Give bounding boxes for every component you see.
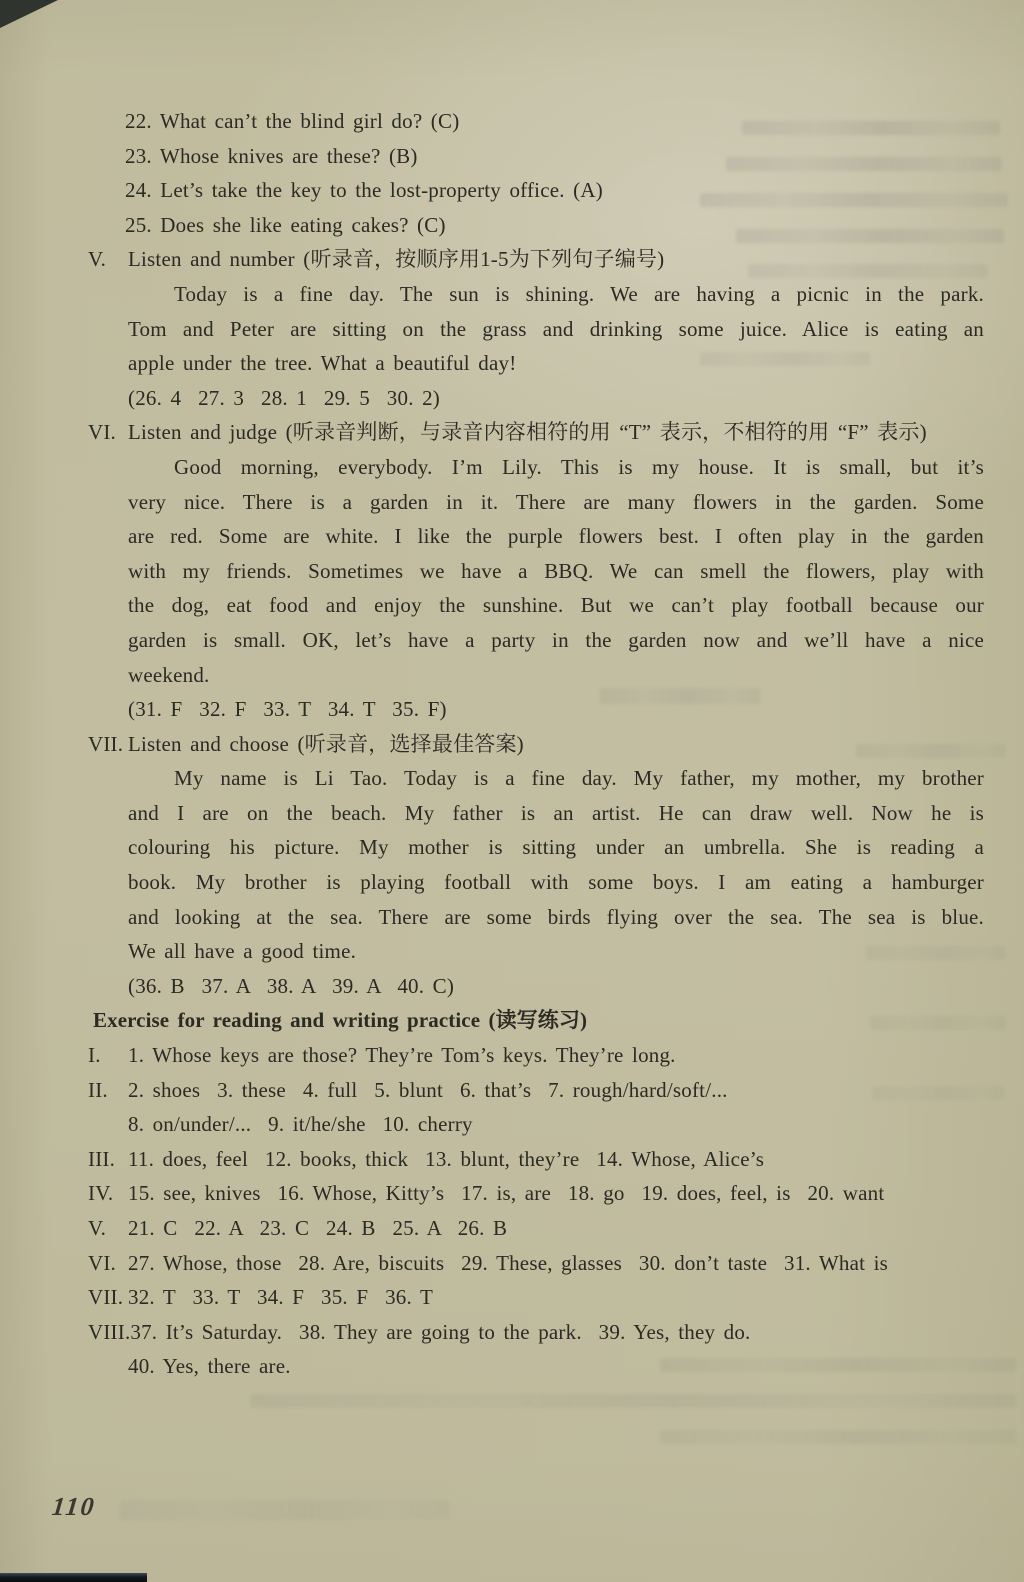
reading-writing-heading: Exercise for reading and writing practic…: [93, 1003, 988, 1038]
section-title: Listen and judge (听录音判断，与录音内容相符的用 “T” 表示…: [128, 420, 927, 444]
rw-answer-row: VI.27. Whose, those 28. Are, biscuits 29…: [88, 1246, 988, 1281]
passage-line: garden is small. OK, let’s have a party …: [128, 623, 984, 658]
answer-line-23: 23. Whose knives are these? (B): [125, 139, 988, 174]
rw-answer-row: III.11. does, feel 12. books, thick 13. …: [88, 1142, 988, 1177]
row-label: VI.: [88, 1246, 128, 1281]
passage-line: book. My brother is playing football wit…: [128, 865, 984, 900]
section-title: Listen and choose (听录音，选择最佳答案): [128, 732, 524, 756]
section-heading-v: V.Listen and number (听录音，按顺序用1-5为下列句子编号): [88, 242, 988, 277]
rw-answer-row: IV.15. see, knives 16. Whose, Kitty’s 17…: [88, 1176, 988, 1211]
answers-line-vi: (31. F 32. F 33. T 34. T 35. F): [128, 692, 984, 727]
passage-line: Tom and Peter are sitting on the grass a…: [128, 312, 984, 347]
page-content: 22. What can’t the blind girl do? (C) 23…: [88, 104, 988, 1384]
rw-answer-row: VIII.37. It’s Saturday. 38. They are goi…: [88, 1315, 988, 1350]
passage-line: are red. Some are white. I like the purp…: [128, 519, 984, 554]
listening-passage-vi: Good morning, everybody. I’m Lily. This …: [128, 450, 984, 727]
bleed-through-mark: [660, 1430, 1016, 1444]
scanned-workbook-page: { "page": { "number": "110" }, "colors":…: [0, 0, 1024, 1582]
bleed-through-mark: [120, 1500, 450, 1520]
answers-line-v: (26. 4 27. 3 28. 1 29. 5 30. 2): [128, 381, 984, 416]
row-label: V.: [88, 1211, 128, 1246]
section-heading-vii: VII.Listen and choose (听录音，选择最佳答案): [88, 727, 988, 762]
rw-answer-row: V.21. C 22. A 23. C 24. B 25. A 26. B: [88, 1211, 988, 1246]
passage-line: We all have a good time.: [128, 934, 984, 969]
row-label: VII.: [88, 1280, 128, 1315]
passage-line: the dog, eat food and enjoy the sunshine…: [128, 588, 984, 623]
rw-answer-continuation: 40. Yes, there are.: [128, 1349, 988, 1384]
passage-line: very nice. There is a garden in it. Ther…: [128, 485, 984, 520]
section-label: V.: [88, 242, 128, 277]
page-number: 110: [50, 1492, 97, 1522]
answer-line-22: 22. What can’t the blind girl do? (C): [125, 104, 988, 139]
listening-passage-vii: My name is Li Tao. Today is a fine day. …: [128, 761, 984, 1003]
row-label: VIII.: [88, 1315, 130, 1350]
passage-line: apple under the tree. What a beautiful d…: [128, 346, 984, 381]
passage-line: colouring his picture. My mother is sitt…: [128, 830, 984, 865]
row-label: IV.: [88, 1176, 128, 1211]
row-answers: 27. Whose, those 28. Are, biscuits 29. T…: [128, 1246, 988, 1281]
scan-edge-shadow-bottom-left: [0, 1573, 147, 1582]
answer-line-25: 25. Does she like eating cakes? (C): [125, 208, 988, 243]
row-answers: 15. see, knives 16. Whose, Kitty’s 17. i…: [128, 1176, 988, 1211]
row-answers: 2. shoes 3. these 4. full 5. blunt 6. th…: [128, 1073, 988, 1108]
answer-line-24: 24. Let’s take the key to the lost-prope…: [125, 173, 988, 208]
rw-answer-row: II.2. shoes 3. these 4. full 5. blunt 6.…: [88, 1073, 988, 1108]
row-answers: 21. C 22. A 23. C 24. B 25. A 26. B: [128, 1211, 988, 1246]
listening-passage-v: Today is a fine day. The sun is shining.…: [128, 277, 984, 415]
passage-line: and I are on the beach. My father is an …: [128, 796, 984, 831]
section-label: VII.: [88, 727, 128, 762]
row-answers: 1. Whose keys are those? They’re Tom’s k…: [128, 1038, 988, 1073]
passage-line: and looking at the sea. There are some b…: [128, 900, 984, 935]
section-title: Listen and number (听录音，按顺序用1-5为下列句子编号): [128, 247, 664, 271]
row-answers: 37. It’s Saturday. 38. They are going to…: [130, 1315, 988, 1350]
scan-corner-shadow-top-left: [0, 0, 58, 28]
section-label: VI.: [88, 415, 128, 450]
row-label: III.: [88, 1142, 128, 1177]
row-answers: 32. T 33. T 34. F 35. F 36. T: [128, 1280, 988, 1315]
passage-line: My name is Li Tao. Today is a fine day. …: [128, 761, 984, 796]
row-label: II.: [88, 1073, 128, 1108]
passage-line: Good morning, everybody. I’m Lily. This …: [128, 450, 984, 485]
passage-line: weekend.: [128, 658, 984, 693]
passage-line: Today is a fine day. The sun is shining.…: [128, 277, 984, 312]
row-label: I.: [88, 1038, 128, 1073]
rw-answer-row: VII.32. T 33. T 34. F 35. F 36. T: [88, 1280, 988, 1315]
passage-line: with my friends. Sometimes we have a BBQ…: [128, 554, 984, 589]
section-heading-vi: VI.Listen and judge (听录音判断，与录音内容相符的用 “T”…: [88, 415, 988, 450]
answers-line-vii: (36. B 37. A 38. A 39. A 40. C): [128, 969, 984, 1004]
bleed-through-mark: [250, 1394, 1016, 1408]
rw-answer-continuation: 8. on/under/... 9. it/he/she 10. cherry: [128, 1107, 988, 1142]
rw-answer-row: I.1. Whose keys are those? They’re Tom’s…: [88, 1038, 988, 1073]
row-answers: 11. does, feel 12. books, thick 13. blun…: [128, 1142, 988, 1177]
